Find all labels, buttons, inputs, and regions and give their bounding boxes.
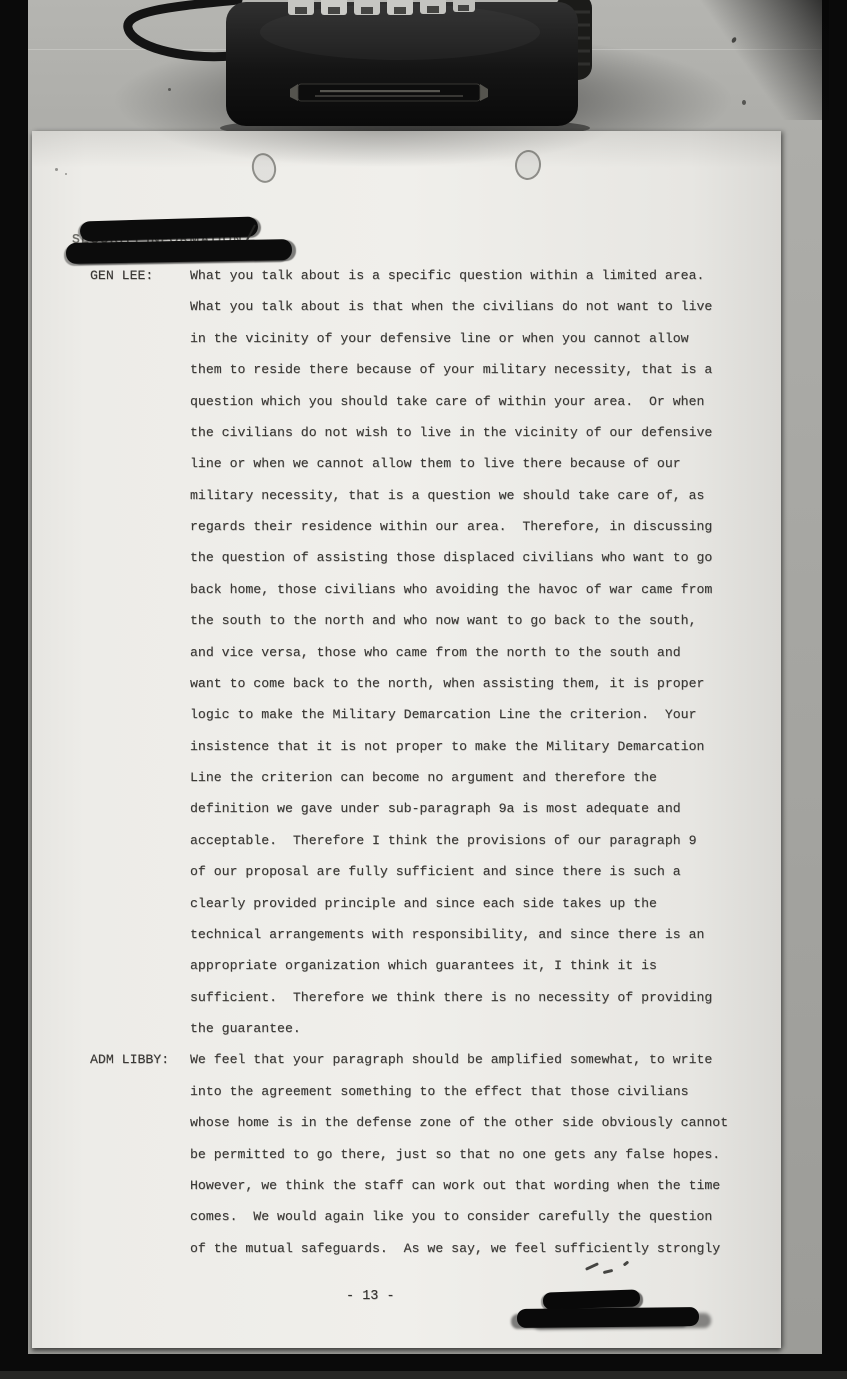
transcript-line: Line the criterion can become no argumen… xyxy=(190,762,750,793)
transcript-line: definition we gave under sub-paragraph 9… xyxy=(190,793,750,824)
transcript-line: logic to make the Military Demarcation L… xyxy=(190,699,750,730)
transcript-line: acceptable. Therefore I think the provis… xyxy=(190,825,750,856)
transcript-line: We feel that your paragraph should be am… xyxy=(190,1044,750,1075)
speaker-block: GEN LEE:What you talk about is a specifi… xyxy=(90,260,750,1044)
punch-hole xyxy=(249,151,279,185)
transcript-line: whose home is in the defense zone of the… xyxy=(190,1107,750,1138)
redaction-bar-bottom xyxy=(543,1289,641,1309)
page-number: - 13 - xyxy=(346,1289,395,1304)
transcript-line: technical arrangements with responsibili… xyxy=(190,919,750,950)
paper-speck xyxy=(55,168,58,171)
transcript: GEN LEE:What you talk about is a specifi… xyxy=(90,260,750,1264)
transcript-line: the guarantee. xyxy=(190,1013,750,1044)
transcript-line: be permitted to go there, just so that n… xyxy=(190,1139,750,1170)
transcript-line: line or when we cannot allow them to liv… xyxy=(190,448,750,479)
transcript-line: the south to the north and who now want … xyxy=(190,605,750,636)
numbering-machine xyxy=(120,0,600,140)
transcript-line: What you talk about is that when the civ… xyxy=(190,291,750,322)
speaker-block: ADM LIBBY:We feel that your paragraph sh… xyxy=(90,1044,750,1264)
film-frame: SECURITY INFORMATION GEN LEE:What you ta… xyxy=(0,0,847,1379)
transcript-line: comes. We would again like you to consid… xyxy=(190,1201,750,1232)
transcript-line: insistence that it is not proper to make… xyxy=(190,731,750,762)
transcript-line: of our proposal are fully sufficient and… xyxy=(190,856,750,887)
transcript-line: question which you should take care of w… xyxy=(190,386,750,417)
transcript-line: in the vicinity of your defensive line o… xyxy=(190,323,750,354)
machine-cable xyxy=(128,0,238,57)
punch-hole xyxy=(513,148,543,181)
corner-shadow xyxy=(689,0,829,120)
transcript-line: back home, those civilians who avoiding … xyxy=(190,574,750,605)
transcript-line: However, we think the staff can work out… xyxy=(190,1170,750,1201)
speaker-label: ADM LIBBY: xyxy=(90,1044,190,1075)
transcript-line: into the agreement something to the effe… xyxy=(190,1076,750,1107)
film-edge xyxy=(0,1371,847,1379)
transcript-line: appropriate organization which guarantee… xyxy=(190,950,750,981)
transcript-line: sufficient. Therefore we think there is … xyxy=(190,982,750,1013)
transcript-line: the question of assisting those displace… xyxy=(190,542,750,573)
film-speck xyxy=(168,88,171,91)
speaker-lines: We feel that your paragraph should be am… xyxy=(190,1044,750,1264)
transcript-line: regards their residence within our area.… xyxy=(190,511,750,542)
speaker-lines: What you talk about is a specific questi… xyxy=(190,260,750,1044)
transcript-line: want to come back to the north, when ass… xyxy=(190,668,750,699)
transcript-line: the civilians do not wish to live in the… xyxy=(190,417,750,448)
transcript-line: clearly provided principle and since eac… xyxy=(190,888,750,919)
transcript-line: and vice versa, those who came from the … xyxy=(190,637,750,668)
machine-label-plate xyxy=(290,84,488,101)
paper-sheet: SECURITY INFORMATION GEN LEE:What you ta… xyxy=(32,131,781,1348)
transcript-line: of the mutual safeguards. As we say, we … xyxy=(190,1233,750,1264)
redaction-bar-bottom xyxy=(517,1307,699,1328)
transcript-line: them to reside there because of your mil… xyxy=(190,354,750,385)
redaction-bar-top xyxy=(66,239,292,264)
ink-smudge xyxy=(603,1269,613,1274)
transcript-line: military necessity, that is a question w… xyxy=(190,480,750,511)
transcript-line: What you talk about is a specific questi… xyxy=(190,260,750,291)
speaker-label: GEN LEE: xyxy=(90,260,190,291)
paper-speck xyxy=(65,173,67,175)
